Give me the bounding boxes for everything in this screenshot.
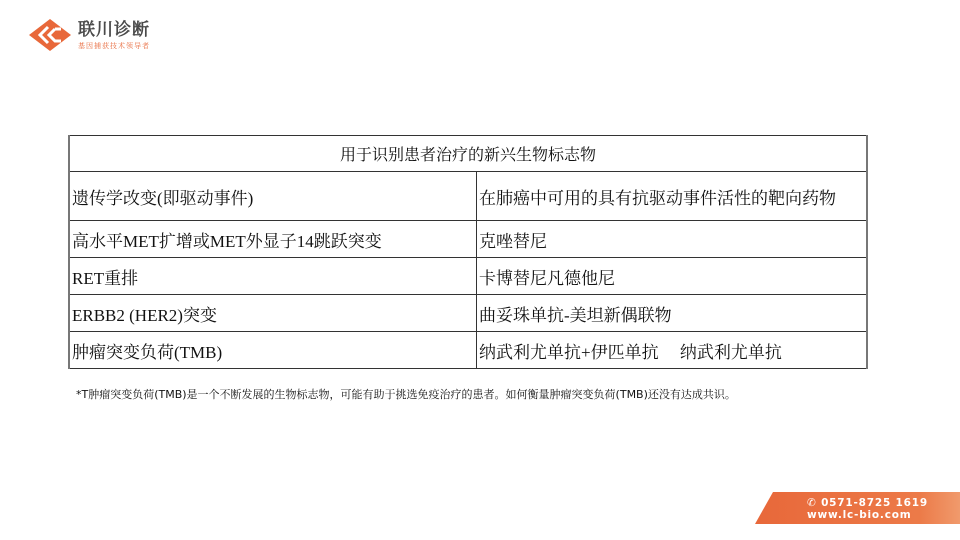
phone-number: 0571-8725 1619 <box>821 497 928 509</box>
drug-cell: 曲妥珠单抗-美坦新偶联物 <box>477 295 868 332</box>
phone-icon: ✆ <box>807 497 817 509</box>
biomarker-table: 用于识别患者治疗的新兴生物标志物 遗传学改变(即驱动事件) 在肺癌中可用的具有抗… <box>68 135 868 369</box>
table-row: 肿瘤突变负荷(TMB) 纳武利尤单抗+伊匹单抗 纳武利尤单抗 <box>69 332 867 369</box>
alteration-cell: ERBB2 (HER2)突变 <box>69 295 477 332</box>
brand-slogan: 基因捕获技术领导者 <box>78 41 150 51</box>
footnote: *T肿瘤突变负荷(TMB)是一个不断发展的生物标志物，可能有助于挑选免疫治疗的患… <box>76 386 736 402</box>
contact-banner: ✆ 0571-8725 1619 www.lc-bio.com <box>755 492 960 524</box>
drug-cell: 纳武利尤单抗+伊匹单抗 纳武利尤单抗 <box>477 332 868 369</box>
contact-phone-line: ✆ 0571-8725 1619 <box>807 497 928 509</box>
table-row: 高水平MET扩增或MET外显子14跳跃突变 克唑替尼 <box>69 221 867 258</box>
table-title-row: 用于识别患者治疗的新兴生物标志物 <box>69 136 867 172</box>
header-targeted-drugs: 在肺癌中可用的具有抗驱动事件活性的靶向药物 <box>477 172 868 221</box>
website-url: www.lc-bio.com <box>807 509 912 521</box>
brand-name: 联川诊断 <box>78 20 150 40</box>
table-row: ERBB2 (HER2)突变 曲妥珠单抗-美坦新偶联物 <box>69 295 867 332</box>
table-title: 用于识别患者治疗的新兴生物标志物 <box>69 136 867 172</box>
drug-cell: 卡博替尼凡德他尼 <box>477 258 868 295</box>
drug-cell: 克唑替尼 <box>477 221 868 258</box>
company-logo: 联川诊断 基因捕获技术领导者 <box>28 18 150 52</box>
alteration-cell: 肿瘤突变负荷(TMB) <box>69 332 477 369</box>
header-genetic-alteration: 遗传学改变(即驱动事件) <box>69 172 477 221</box>
table-row: RET重排 卡博替尼凡德他尼 <box>69 258 867 295</box>
alteration-cell: 高水平MET扩增或MET外显子14跳跃突变 <box>69 221 477 258</box>
table-header-row: 遗传学改变(即驱动事件) 在肺癌中可用的具有抗驱动事件活性的靶向药物 <box>69 172 867 221</box>
alteration-cell: RET重排 <box>69 258 477 295</box>
logo-mark-icon <box>28 18 72 52</box>
